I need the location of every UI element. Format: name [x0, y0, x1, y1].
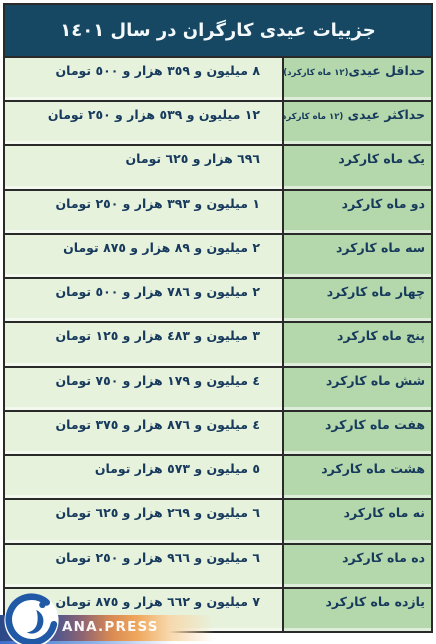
row-amount-cell: ٦٩٦ هزار و ٦٢٥ تومان [5, 146, 282, 188]
row-amount: ٨ میلیون و ٣٥٩ هزار و ٥٠٠ تومان [55, 63, 260, 78]
row-amount: ٢ میلیون و ٨٩ هزار و ٨٧٥ تومان [63, 240, 260, 255]
row-label: دو ماه کارکرد [342, 196, 425, 211]
table-row: ده ماه کارکرد ٦ میلیون و ٩٦٦ هزار و ٢٥٠ … [5, 543, 431, 587]
table-row: یک ماه کارکرد ٦٩٦ هزار و ٦٢٥ تومان [5, 144, 431, 188]
row-amount: ٥ میلیون و ٥٧٣ هزار تومان [95, 461, 260, 476]
row-amount: ٤ میلیون و ٨٧٦ هزار و ٣٧٥ تومان [55, 417, 260, 432]
row-label: یک ماه کارکرد [338, 151, 425, 166]
ana-logo-icon [3, 592, 60, 644]
row-label: یازده ماه کارکرد [325, 594, 425, 609]
row-amount: ٦ میلیون و ٩٦٦ هزار و ٢٥٠ تومان [55, 550, 260, 565]
row-amount: ٤ میلیون و ١٧٩ هزار و ٧٥٠ تومان [55, 373, 260, 388]
row-label-cell: ده ماه کارکرد [282, 545, 431, 587]
table-row: پنج ماه کارکرد ٣ میلیون و ٤٨٣ هزار و ١٢٥… [5, 321, 431, 365]
row-label-cell: یازده ماه کارکرد [282, 589, 431, 631]
row-label-note: (١٢ ماه کارکرد) [283, 68, 348, 78]
row-amount: ٧ میلیون و ٦٦٢ هزار و ٨٧٥ تومان [55, 594, 260, 609]
row-label: سه ماه کارکرد [336, 240, 425, 255]
row-label: پنج ماه کارکرد [337, 328, 425, 343]
row-label-cell: نه ماه کارکرد [282, 500, 431, 542]
page: { "title": "جزییات عیدی کارگران در سال ١… [0, 0, 436, 644]
row-amount: ٦ میلیون و ٢٦٩ هزار و ٦٢٥ تومان [55, 505, 260, 520]
row-amount-cell: ٦ میلیون و ٢٦٩ هزار و ٦٢٥ تومان [5, 500, 282, 542]
table-row: حداکثر عیدی (١٢ ماه کارکرد و بیشتر ) ١٢ … [5, 100, 431, 144]
row-label: ده ماه کارکرد [342, 550, 425, 565]
table-row: شش ماه کارکرد ٤ میلیون و ١٧٩ هزار و ٧٥٠ … [5, 366, 431, 410]
row-label: هفت ماه کارکرد [325, 417, 425, 432]
row-label-cell: حداقل عیدی(١٢ ماه کارکرد) [282, 58, 431, 100]
row-label-cell: هشت ماه کارکرد [282, 456, 431, 498]
row-label-note: (١٢ ماه کارکرد و بیشتر ) [282, 112, 343, 122]
row-amount-cell: ١ میلیون و ٣٩٣ هزار و ٢٥٠ تومان [5, 191, 282, 233]
row-amount-cell: ٨ میلیون و ٣٥٩ هزار و ٥٠٠ تومان [5, 58, 282, 100]
eidi-table: جزییات عیدی کارگران در سال ١٤٠١ حداقل عی… [3, 3, 433, 633]
row-amount-cell: ٦ میلیون و ٩٦٦ هزار و ٢٥٠ تومان [5, 545, 282, 587]
row-label-cell: پنج ماه کارکرد [282, 323, 431, 365]
table-row: نه ماه کارکرد ٦ میلیون و ٢٦٩ هزار و ٦٢٥ … [5, 498, 431, 542]
row-label: چهار ماه کارکرد [327, 284, 425, 299]
brand-text: ANA.PRESS [62, 619, 159, 635]
row-amount-cell: ٢ میلیون و ٨٩ هزار و ٨٧٥ تومان [5, 235, 282, 277]
table-row: دو ماه کارکرد ١ میلیون و ٣٩٣ هزار و ٢٥٠ … [5, 189, 431, 233]
row-label-cell: چهار ماه کارکرد [282, 279, 431, 321]
table-row: هفت ماه کارکرد ٤ میلیون و ٨٧٦ هزار و ٣٧٥… [5, 410, 431, 454]
row-amount-cell: ٣ میلیون و ٤٨٣ هزار و ١٢٥ تومان [5, 323, 282, 365]
page-title: جزییات عیدی کارگران در سال ١٤٠١ [60, 20, 375, 41]
row-label: شش ماه کارکرد [326, 373, 425, 388]
row-label: حداکثر عیدی [343, 107, 425, 122]
row-label-cell: یک ماه کارکرد [282, 146, 431, 188]
row-amount-cell: ٤ میلیون و ٨٧٦ هزار و ٣٧٥ تومان [5, 412, 282, 454]
row-amount: ٦٩٦ هزار و ٦٢٥ تومان [125, 151, 260, 166]
row-label-cell: سه ماه کارکرد [282, 235, 431, 277]
row-label: نه ماه کارکرد [344, 505, 425, 520]
row-amount-cell: ٢ میلیون و ٧٨٦ هزار و ٥٠٠ تومان [5, 279, 282, 321]
table-body: حداقل عیدی(١٢ ماه کارکرد) ٨ میلیون و ٣٥٩… [5, 56, 431, 631]
row-amount-cell: ١٢ میلیون و ٥٣٩ هزار و ٢٥٠ تومان [5, 102, 282, 144]
row-amount-cell: ٤ میلیون و ١٧٩ هزار و ٧٥٠ تومان [5, 368, 282, 410]
table-row: هشت ماه کارکرد ٥ میلیون و ٥٧٣ هزار تومان [5, 454, 431, 498]
row-amount: ١ میلیون و ٣٩٣ هزار و ٢٥٠ تومان [55, 196, 260, 211]
row-label: هشت ماه کارکرد [321, 461, 425, 476]
row-amount: ٣ میلیون و ٤٨٣ هزار و ١٢٥ تومان [55, 328, 260, 343]
row-amount-cell: ٥ میلیون و ٥٧٣ هزار تومان [5, 456, 282, 498]
row-label-cell: حداکثر عیدی (١٢ ماه کارکرد و بیشتر ) [282, 102, 431, 144]
row-amount: ١٢ میلیون و ٥٣٩ هزار و ٢٥٠ تومان [48, 107, 260, 122]
table-row: سه ماه کارکرد ٢ میلیون و ٨٩ هزار و ٨٧٥ ت… [5, 233, 431, 277]
table-row: چهار ماه کارکرد ٢ میلیون و ٧٨٦ هزار و ٥٠… [5, 277, 431, 321]
row-label: حداقل عیدی [348, 63, 425, 78]
row-label-cell: هفت ماه کارکرد [282, 412, 431, 454]
table-title-bar: جزییات عیدی کارگران در سال ١٤٠١ [5, 5, 431, 56]
row-amount: ٢ میلیون و ٧٨٦ هزار و ٥٠٠ تومان [55, 284, 260, 299]
row-label-cell: شش ماه کارکرد [282, 368, 431, 410]
row-label-cell: دو ماه کارکرد [282, 191, 431, 233]
table-row: حداقل عیدی(١٢ ماه کارکرد) ٨ میلیون و ٣٥٩… [5, 56, 431, 100]
